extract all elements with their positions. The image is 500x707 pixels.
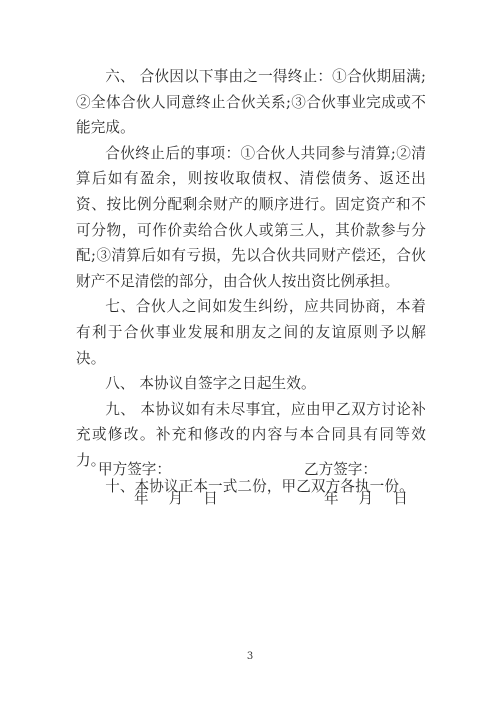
document-body: 六、 合伙因以下事由之一得终止：①合伙期届满;②全体合伙人同意终止合伙关系;③合… <box>76 64 426 499</box>
clause-six: 六、 合伙因以下事由之一得终止：①合伙期届满;②全体合伙人同意终止合伙关系;③合… <box>76 64 426 141</box>
party-b-day: 日 <box>393 487 408 508</box>
clause-eight: 八、 本协议自签字之日起生效。 <box>76 371 426 397</box>
clause-seven: 七、合伙人之间如发生纠纷，应共同协商，本着有利于合伙事业发展和朋友之间的友谊原则… <box>76 294 426 371</box>
post-termination-matters: 合伙终止后的事项：①合伙人共同参与清算;②清算后如有盈余，则按收取债权、清偿债务… <box>76 141 426 295</box>
party-a-signature-label: 甲方签字： <box>98 458 171 479</box>
party-a-year: 年 <box>134 487 149 508</box>
party-b-month: 月 <box>359 487 374 508</box>
party-a-day: 日 <box>203 487 218 508</box>
party-b-signature-label: 乙方签字： <box>304 458 377 479</box>
party-b-date: 年月日 <box>324 487 408 508</box>
party-a-month: 月 <box>169 487 184 508</box>
party-a-date: 年月日 <box>134 487 218 508</box>
party-b-year: 年 <box>324 487 339 508</box>
page-number: 3 <box>0 651 500 662</box>
